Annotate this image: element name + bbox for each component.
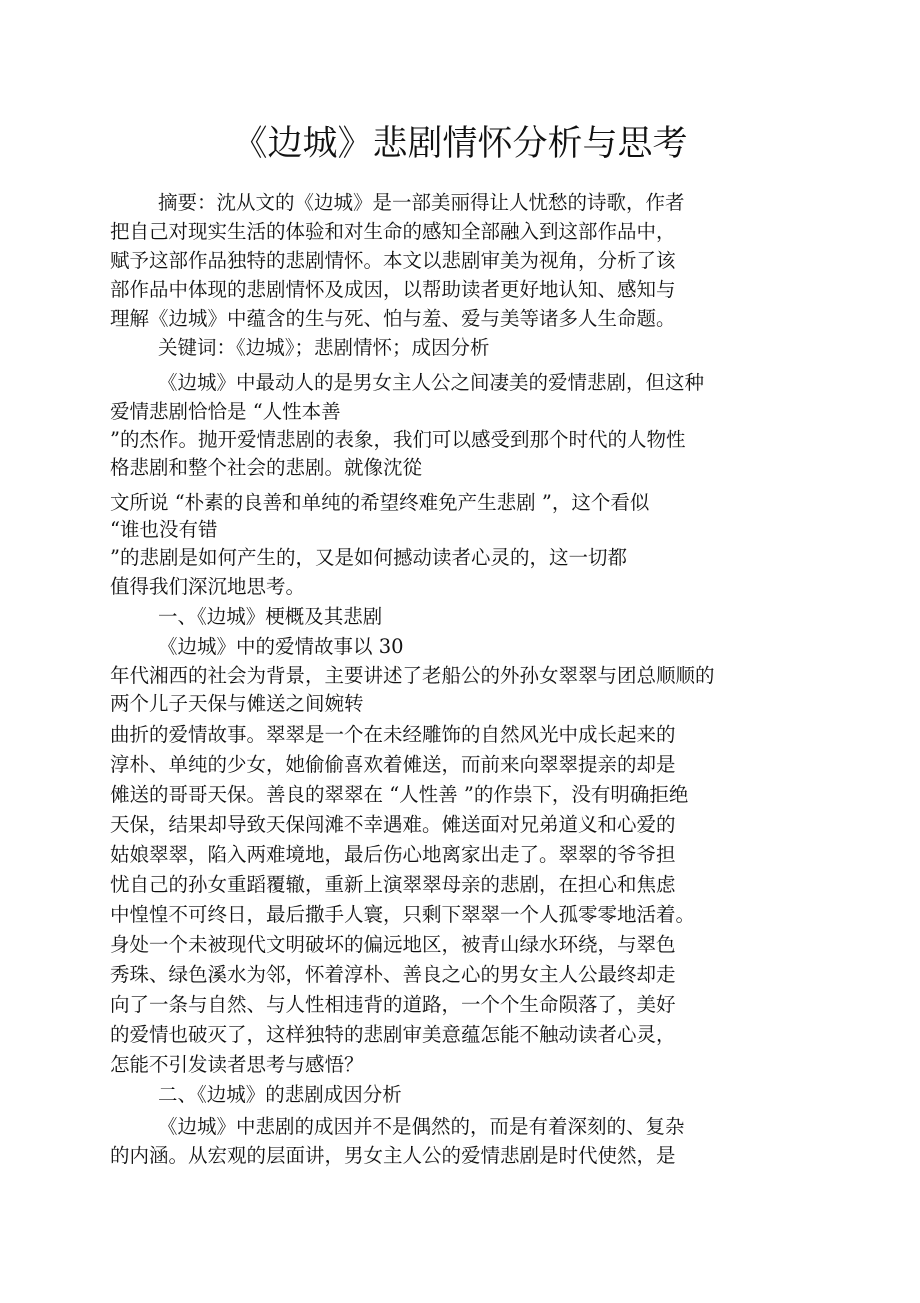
paragraph-line: 身处一个未被现代文明破坏的偏远地区，被青山绿水环绕，与翠色 (110, 932, 676, 958)
section-heading-2: 二、《边城》的悲剧成因分析 (158, 1082, 402, 1108)
paragraph-line: 年代湘西的社会为背景，主要讲述了老船公的外孙女翠翠与团总顺顺的 (110, 663, 715, 689)
paragraph-line: ”的悲剧是如何产生的，又是如何撼动读者心灵的，这一切都 (110, 545, 627, 571)
paragraph-line: 的爱情也破灭了，这样独特的悲剧审美意蕴怎能不触动读者心灵， (110, 1022, 676, 1048)
paragraph-line: 值得我们深沉地思考。 (110, 574, 305, 600)
paragraph-line: 两个儿子天保与傩送之间婉转 (110, 691, 364, 717)
paragraph-line: “谁也没有错 (110, 517, 217, 543)
paragraph-line: 怎能不引发读者思考与感悟？ (110, 1052, 364, 1078)
paragraph-line: 格悲剧和整个社会的悲剧。就像沈從 (110, 455, 422, 481)
paragraph-line: 姑娘翠翠，陷入两难境地，最后伤心地离家出走了。翠翠的爷爷担 (110, 842, 676, 868)
paragraph-line: 的内涵。从宏观的层面讲，男女主人公的爱情悲剧是时代使然，是 (110, 1143, 676, 1169)
abstract-line: 赋予这部作品独特的悲剧情怀。本文以悲剧审美为视角，分析了该 (110, 248, 676, 274)
paragraph-line: 爱情悲剧恰恰是 “人性本善 (110, 399, 341, 425)
paragraph-line: 《边城》中最动人的是男女主人公之间凄美的爱情悲剧，但这种 (158, 370, 704, 396)
paragraph-line: 向了一条与自然、与人性相违背的道路，一个个生命陨落了，美好 (110, 992, 676, 1018)
paragraph-line: 淳朴、单纯的少女，她偷偷喜欢着傩送，而前来向翠翠提亲的却是 (110, 752, 676, 778)
paragraph-line: 曲折的爱情故事。翠翠是一个在未经雕饰的自然风光中成长起来的 (110, 722, 676, 748)
keywords-line: 关键词：《边城》；悲剧情怀；成因分析 (158, 335, 490, 361)
abstract-line: 把自己对现实生活的体验和对生命的感知全部融入到这部作品中， (110, 219, 676, 245)
paragraph-line: 傩送的哥哥天保。善良的翠翠在 “人性善 ”的作祟下，没有明确拒绝 (110, 782, 688, 808)
document-title: 《边城》悲剧情怀分析与思考 (0, 120, 920, 168)
abstract-line: 部作品中体现的悲剧情怀及成因，以帮助读者更好地认知、感知与 (110, 277, 676, 303)
paragraph-line: 天保，结果却导致天保闯滩不幸遇难。傩送面对兄弟道义和心爱的 (110, 812, 676, 838)
section-heading-1: 一、《边城》梗概及其悲剧 (158, 604, 382, 630)
paragraph-line: 文所说 “朴素的良善和单纯的希望终难免产生悲剧 ”，这个看似 (110, 490, 649, 516)
abstract-line: 理解《边城》中蕴含的生与死、怕与羞、爱与美等诸多人生命题。 (110, 306, 676, 332)
paragraph-line: ”的杰作。抛开爱情悲剧的表象，我们可以感受到那个时代的人物性 (110, 427, 685, 453)
document-page: 《边城》悲剧情怀分析与思考 摘要：沈从文的《边城》是一部美丽得让人忧愁的诗歌，作… (0, 0, 920, 1303)
paragraph-line: 《边城》中悲剧的成因并不是偶然的，而是有着深刻的、复杂 (158, 1114, 685, 1140)
paragraph-line: 忧自己的孙女重蹈覆辙，重新上演翠翠母亲的悲剧，在担心和焦虑 (110, 872, 676, 898)
paragraph-line: 《边城》中的爱情故事以 30 (158, 634, 404, 660)
paragraph-line: 中惶惶不可终日，最后撒手人寰，只剩下翠翠一个人孤零零地活着。 (110, 902, 695, 928)
abstract-line: 摘要：沈从文的《边城》是一部美丽得让人忧愁的诗歌，作者 (158, 190, 685, 216)
paragraph-line: 秀珠、绿色溪水为邻，怀着淳朴、善良之心的男女主人公最终却走 (110, 962, 676, 988)
